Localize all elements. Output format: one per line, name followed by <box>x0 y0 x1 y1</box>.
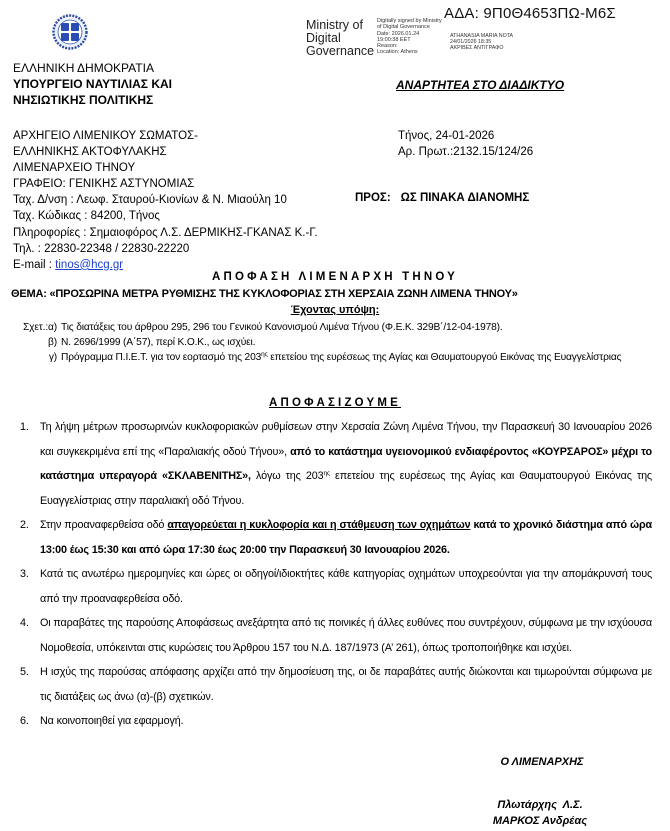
mdg-line: Governance <box>306 45 374 58</box>
reference-item: Σχετ.:α) Τις διατάξεις του άρθρου 295, 2… <box>1 320 661 335</box>
decision-item: 2. Στην προαναφερθείσα οδό απαγορεύεται … <box>20 513 652 562</box>
decision-title: ΑΠΟΦΑΣΗ ΛΙΜΕΝΑΡΧΗ ΤΗΝΟΥ <box>0 271 670 283</box>
email-label: E-mail : <box>13 259 55 271</box>
item-number: 1. <box>20 415 40 513</box>
address-line: ΛΙΜΕΝΑΡΧΕΙΟ ΤΗΝΟΥ <box>13 160 318 176</box>
signatory-rank: Πλωτάρχης Λ.Σ. <box>440 797 640 813</box>
item-text: Τη λήψη μέτρων προσωρινών κυκλοφοριακών … <box>40 415 652 513</box>
decision-item: 4. Οι παραβάτες της παρούσης Αποφάσεως α… <box>20 611 652 660</box>
decision-item: 6. Να κοινοποιηθεί για εφαρμογή. <box>20 709 652 734</box>
digital-governance-label: Ministry of Digital Governance <box>306 19 374 58</box>
place-date: Τήνος, 24-01-2026 <box>398 128 533 144</box>
address-line: ΕΛΛΗΝΙΚΗΣ ΑΚΤΟΦΥΛΑΚΗΣ <box>13 144 318 160</box>
ada-code: ΑΔΑ: 9Π0Θ4653ΠΩ-Μ6Σ <box>444 5 616 22</box>
copy-line: ΑΚΡΙΒΕΣ ΑΝΤΙΓΡΑΦΟ <box>450 45 513 51</box>
email-link[interactable]: tinos@hcg.gr <box>55 259 123 271</box>
reference-item: γ) Πρόγραμμα Π.Ι.Ε.Τ. για τον εορτασμό τ… <box>1 350 661 365</box>
digital-signature-block: Digitally signed by Ministry of Digital … <box>377 18 442 56</box>
we-decide-heading: ΑΠΟΦΑΣΙΖΟΥΜΕ <box>0 397 670 409</box>
protocol-number: Αρ. Πρωτ.:2132.15/124/26 <box>398 144 533 160</box>
date-protocol: Τήνος, 24-01-2026 Αρ. Πρωτ.:2132.15/124/… <box>398 128 533 160</box>
address-line: ΑΡΧΗΓΕΙΟ ΛΙΜΕΝΙΚΟΥ ΣΩΜΑΤΟΣ- <box>13 128 318 144</box>
ministry-line-1: ΥΠΟΥΡΓΕΙΟ ΝΑΥΤΙΛΙΑΣ ΚΑΙ <box>13 76 172 92</box>
recipient-label: ΠΡΟΣ: <box>355 192 391 204</box>
signatory: Πλωτάρχης Λ.Σ. ΜΑΡΚΟΣ Ανδρέας <box>440 797 640 829</box>
reference-text: Πρόγραμμα Π.Ι.Ε.Τ. για τον εορτασμό της … <box>61 350 661 365</box>
greek-coat-of-arms-icon <box>52 14 88 50</box>
considering-heading: Έχοντας υπόψη: <box>0 304 670 316</box>
item-text: Να κοινοποιηθεί για εφαρμογή. <box>40 709 652 734</box>
item-text: Στην προαναφερθείσα οδό απαγορεύεται η κ… <box>40 513 652 562</box>
item-number: 5. <box>20 660 40 709</box>
issuer-header: ΕΛΛΗΝΙΚΗ ΔΗΜΟΚΡΑΤΙΑ ΥΠΟΥΡΓΕΙΟ ΝΑΥΤΙΛΙΑΣ … <box>13 60 172 108</box>
decision-item: 3. Κατά τις ανωτέρω ημερομηνίες και ώρες… <box>20 562 652 611</box>
address-line: Ταχ. Κώδικας : 84200, Τήνος <box>13 208 318 224</box>
item-number: 6. <box>20 709 40 734</box>
item-number: 3. <box>20 562 40 611</box>
references-list: Σχετ.:α) Τις διατάξεις του άρθρου 295, 2… <box>1 320 661 365</box>
decision-items: 1. Τη λήψη μέτρων προσωρινών κυκλοφοριακ… <box>20 415 652 734</box>
address-line: Τηλ. : 22830-22348 / 22830-22220 <box>13 241 318 257</box>
reference-label: Σχετ.:α) <box>1 320 61 335</box>
reference-text: Ν. 2696/1999 (Α΄57), περί Κ.Ο.Κ., ως ισχ… <box>61 335 661 350</box>
decision-item: 5. Η ισχύς της παρούσας απόφασης αρχίζει… <box>20 660 652 709</box>
address-line: Πληροφορίες : Σημαιοφόρος Λ.Σ. ΔΕΡΜΙΚΗΣ-… <box>13 225 318 241</box>
item-number: 2. <box>20 513 40 562</box>
address-line: Ταχ. Δ/νση : Λεωφ. Σταυρού-Κιονίων & Ν. … <box>13 192 318 208</box>
recipient-value: ΩΣ ΠΙΝΑΚΑ ΔΙΑΝΟΜΗΣ <box>401 192 530 204</box>
signatory-name: ΜΑΡΚΟΣ Ανδρέας <box>440 813 640 829</box>
reference-label: γ) <box>1 350 61 365</box>
true-copy-block: ATHANASIA MARIA NOTA 24/01/2026 18:35 ΑΚ… <box>450 33 513 51</box>
signature-line: Location: Athens <box>377 49 442 55</box>
item-text: Η ισχύς της παρούσας απόφασης αρχίζει απ… <box>40 660 652 709</box>
item-number: 4. <box>20 611 40 660</box>
address-line: ΓΡΑΦΕΙΟ: ΓΕΝΙΚΗΣ ΑΣΤΥΝΟΜΙΑΣ <box>13 176 318 192</box>
reference-text: Τις διατάξεις του άρθρου 295, 296 του Γε… <box>61 320 661 335</box>
item-text: Οι παραβάτες της παρούσης Αποφάσεως ανεξ… <box>40 611 652 660</box>
decision-item: 1. Τη λήψη μέτρων προσωρινών κυκλοφοριακ… <box>20 415 652 513</box>
reference-label: β) <box>1 335 61 350</box>
item-text: Κατά τις ανωτέρω ημερομηνίες και ώρες οι… <box>40 562 652 611</box>
post-online-label: ΑΝΑΡΤΗΤΕΑ ΣΤΟ ΔΙΑΔΙΚΤΥΟ <box>396 78 564 92</box>
ministry-line-2: ΝΗΣΙΩΤΙΚΗΣ ΠΟΛΙΤΙΚΗΣ <box>13 92 172 108</box>
signatory-role: Ο ΛΙΜΕΝΑΡΧΗΣ <box>452 756 632 768</box>
sender-address: ΑΡΧΗΓΕΙΟ ΛΙΜΕΝΙΚΟΥ ΣΩΜΑΤΟΣ- ΕΛΛΗΝΙΚΗΣ ΑΚ… <box>13 128 318 273</box>
reference-item: β) Ν. 2696/1999 (Α΄57), περί Κ.Ο.Κ., ως … <box>1 335 661 350</box>
recipient: ΠΡΟΣ:ΩΣ ΠΙΝΑΚΑ ΔΙΑΝΟΜΗΣ <box>355 192 529 204</box>
republic-label: ΕΛΛΗΝΙΚΗ ΔΗΜΟΚΡΑΤΙΑ <box>13 60 172 76</box>
subject-line: ΘΕΜΑ: «ΠΡΟΣΩΡΙΝΑ ΜΕΤΡΑ ΡΥΘΜΙΣΗΣ ΤΗΣ ΚΥΚΛ… <box>11 288 518 300</box>
